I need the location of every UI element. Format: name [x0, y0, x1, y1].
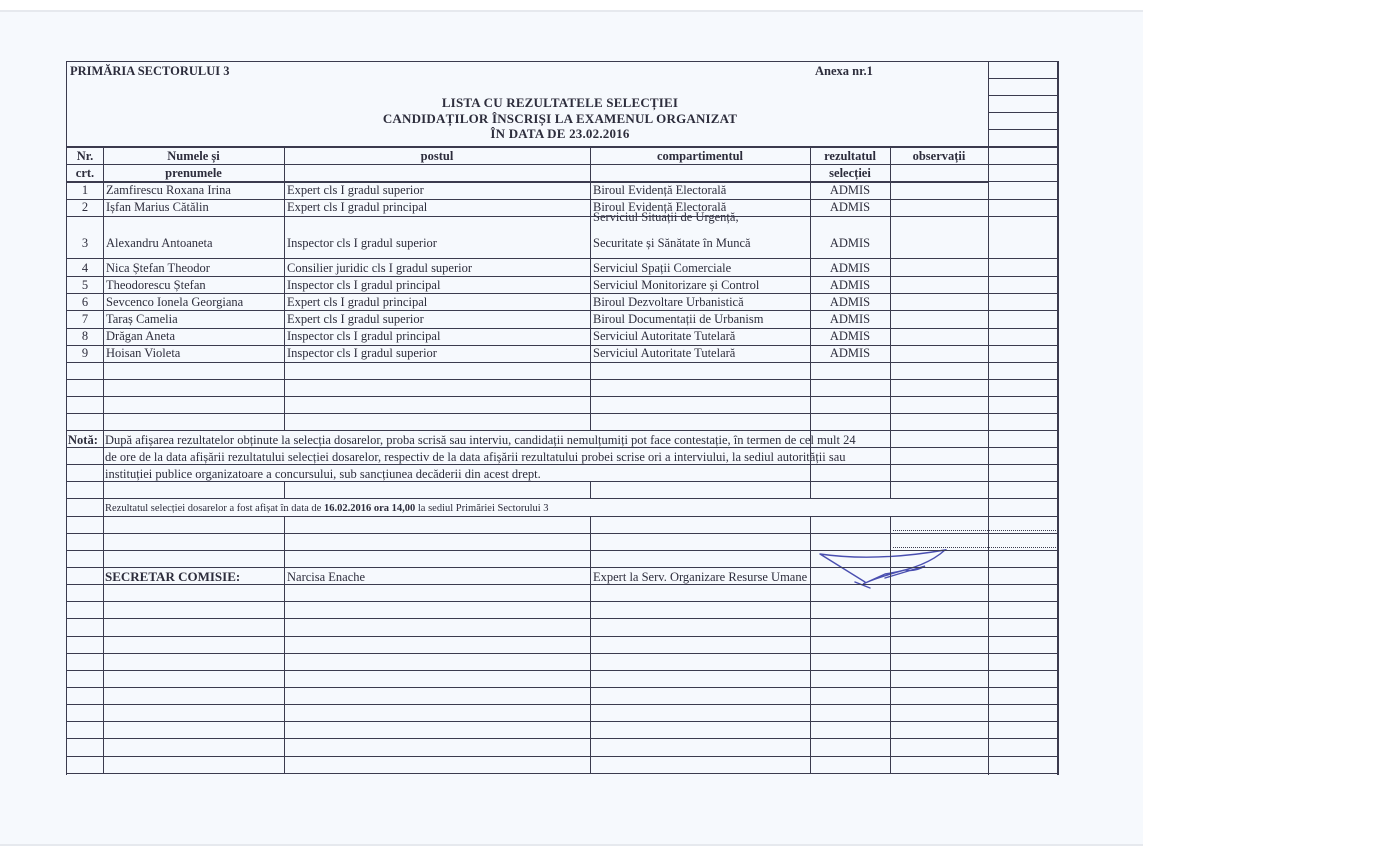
table-rule	[66, 584, 1058, 585]
column-rule	[590, 516, 591, 773]
cell-name: Taraș Camelia	[106, 312, 284, 326]
table-rule	[66, 738, 1058, 739]
note-line-3: instituției publice organizatoare a conc…	[105, 467, 541, 481]
table-rule	[66, 756, 1058, 757]
header-observations: observații	[890, 149, 988, 163]
header-result-2: selecției	[810, 166, 890, 180]
table-rule	[66, 328, 1058, 329]
cell-post: Inspector cls I gradul principal	[287, 329, 587, 343]
table-rule	[66, 345, 1058, 346]
cell-result: ADMIS	[810, 200, 890, 214]
table-rule	[66, 430, 1058, 431]
column-rule	[810, 481, 811, 498]
cell-name: Zamfirescu Roxana Irina	[106, 183, 284, 197]
table-rule	[66, 704, 1058, 705]
column-rule	[810, 516, 811, 773]
table-rule	[66, 618, 1058, 619]
column-rule	[890, 146, 891, 430]
note-label: Notă:	[68, 433, 98, 447]
table-rule	[66, 721, 1058, 722]
cell-nr: 8	[67, 329, 103, 343]
cell-nr: 1	[67, 183, 103, 197]
table-rule	[66, 276, 1058, 277]
cell-result: ADMIS	[810, 183, 890, 197]
header-crt: crt.	[67, 166, 103, 180]
column-rule	[590, 146, 591, 430]
cell-name: Theodorescu Ștefan	[106, 278, 284, 292]
cell-name: Nica Ștefan Theodor	[106, 261, 284, 275]
header-name-2: prenumele	[103, 166, 284, 180]
cell-post: Expert cls I gradul superior	[287, 312, 587, 326]
table-rule	[66, 498, 1058, 499]
table-rule	[988, 95, 1058, 96]
table-rule	[988, 112, 1058, 113]
cell-result: ADMIS	[810, 312, 890, 326]
cell-department: Biroul Documentații de Urbanism	[593, 312, 808, 326]
cell-result: ADMIS	[810, 236, 890, 250]
table-rule	[66, 379, 1058, 380]
cell-department: Serviciul Spații Comerciale	[593, 261, 808, 275]
table-rule	[66, 216, 1058, 217]
cell-post: Consilier juridic cls I gradul superior	[287, 261, 587, 275]
column-rule	[890, 516, 891, 773]
table-rule	[66, 258, 1058, 259]
cell-post: Expert cls I gradul principal	[287, 295, 587, 309]
cell-nr: 5	[67, 278, 103, 292]
table-rule	[988, 181, 1058, 182]
table-rule	[66, 687, 1058, 688]
cell-name: Hoisan Violeta	[106, 346, 284, 360]
column-rule	[284, 146, 285, 430]
table-rule	[66, 164, 1058, 165]
table-rule	[66, 362, 1058, 363]
column-rule-nr	[103, 146, 104, 773]
table-rule	[66, 464, 1058, 465]
cell-department: Serviciul Autoritate Tutelară	[593, 346, 808, 360]
document-title-line-2: CANDIDAȚILOR ÎNSCRIȘI LA EXAMENUL ORGANI…	[330, 112, 790, 126]
document-title-line-3: ÎN DATA DE 23.02.2016	[380, 127, 740, 141]
table-rule	[66, 653, 1058, 654]
table-rule	[66, 670, 1058, 671]
header-bottom-border	[66, 181, 988, 183]
header-nr: Nr.	[67, 149, 103, 163]
table-rule	[988, 129, 1058, 130]
cell-post: Inspector cls I gradul superior	[287, 236, 587, 250]
header-top-border	[66, 146, 1058, 148]
cell-nr: 2	[67, 200, 103, 214]
secretary-name: Narcisa Enache	[287, 570, 365, 584]
cell-post: Expert cls I gradul principal	[287, 200, 587, 214]
cell-department: Serviciul Monitorizare și Control	[593, 278, 808, 292]
header-post: postul	[284, 149, 590, 163]
table-rule	[66, 533, 1058, 534]
table-top-border	[66, 61, 1058, 62]
cell-nr: 3	[67, 236, 103, 250]
secretary-label: SECRETAR COMISIE:	[105, 570, 240, 584]
table-rule	[66, 636, 1058, 637]
column-rule	[890, 430, 891, 481]
cell-nr: 6	[67, 295, 103, 309]
table-column-rule	[988, 61, 989, 775]
signature-icon	[815, 548, 955, 592]
cell-department-line-2: Securitate și Sănătate în Muncă	[593, 236, 808, 250]
cell-name: Sevcenco Ionela Georgiana	[106, 295, 284, 309]
table-left-border	[66, 61, 67, 775]
column-rule	[810, 146, 811, 430]
table-rule	[66, 773, 1058, 774]
cell-post: Inspector cls I gradul principal	[287, 278, 587, 292]
table-rule	[66, 293, 1058, 294]
table-rule	[66, 413, 1058, 414]
cell-department: Biroul Dezvoltare Urbanistică	[593, 295, 808, 309]
cell-name: Ișfan Marius Cătălin	[106, 200, 284, 214]
signature-dotted-line-1	[893, 530, 1058, 531]
institution-name: PRIMĂRIA SECTORULUI 3	[70, 64, 230, 78]
cell-result: ADMIS	[810, 278, 890, 292]
cell-result: ADMIS	[810, 295, 890, 309]
column-rule	[810, 430, 811, 481]
table-rule	[66, 396, 1058, 397]
cell-department: Serviciul Autoritate Tutelară	[593, 329, 808, 343]
table-rule	[66, 447, 1058, 448]
cell-result: ADMIS	[810, 329, 890, 343]
annex-label: Anexa nr.1	[815, 64, 873, 78]
table-rule	[66, 601, 1058, 602]
table-rule	[988, 78, 1058, 79]
cell-nr: 9	[67, 346, 103, 360]
cell-post: Inspector cls I gradul superior	[287, 346, 587, 360]
cell-department: Serviciul Situații de Urgență,	[593, 210, 808, 224]
cell-department: Biroul Evidență Electorală	[593, 183, 808, 197]
cell-result: ADMIS	[810, 346, 890, 360]
table-rule	[66, 550, 1058, 551]
document-title-line-1: LISTA CU REZULTATELE SELECȚIEI	[330, 96, 790, 110]
table-rule	[66, 310, 1058, 311]
table-rule	[66, 567, 1058, 568]
secretary-position: Expert la Serv. Organizare Resurse Umane	[593, 570, 807, 584]
column-rule	[284, 481, 285, 498]
table-rule	[66, 199, 1058, 200]
cell-name: Drăgan Aneta	[106, 329, 284, 343]
posting-prefix: Rezultatul selecției dosarelor a fost af…	[105, 503, 324, 514]
cell-result: ADMIS	[810, 261, 890, 275]
header-department: compartimentul	[590, 149, 810, 163]
table-rule	[66, 481, 1058, 482]
note-line-2: de ore de la data afișării rezultatului …	[105, 450, 846, 464]
table-right-border	[1057, 61, 1059, 775]
cell-nr: 4	[67, 261, 103, 275]
posting-suffix: la sediul Primăriei Sectorului 3	[415, 503, 548, 514]
column-rule	[590, 481, 591, 498]
column-rule	[890, 481, 891, 498]
column-rule	[284, 516, 285, 773]
posting-statement: Rezultatul selecției dosarelor a fost af…	[105, 502, 549, 516]
header-name-1: Numele și	[103, 149, 284, 163]
cell-name: Alexandru Antoaneta	[106, 236, 284, 250]
cell-nr: 7	[67, 312, 103, 326]
posting-date-time: 16.02.2016 ora 14,00	[324, 503, 415, 514]
cell-post: Expert cls I gradul superior	[287, 183, 587, 197]
table-rule	[66, 516, 1058, 517]
header-result-1: rezultatul	[810, 149, 890, 163]
note-line-1: După afișarea rezultatelor obținute la s…	[105, 433, 856, 447]
